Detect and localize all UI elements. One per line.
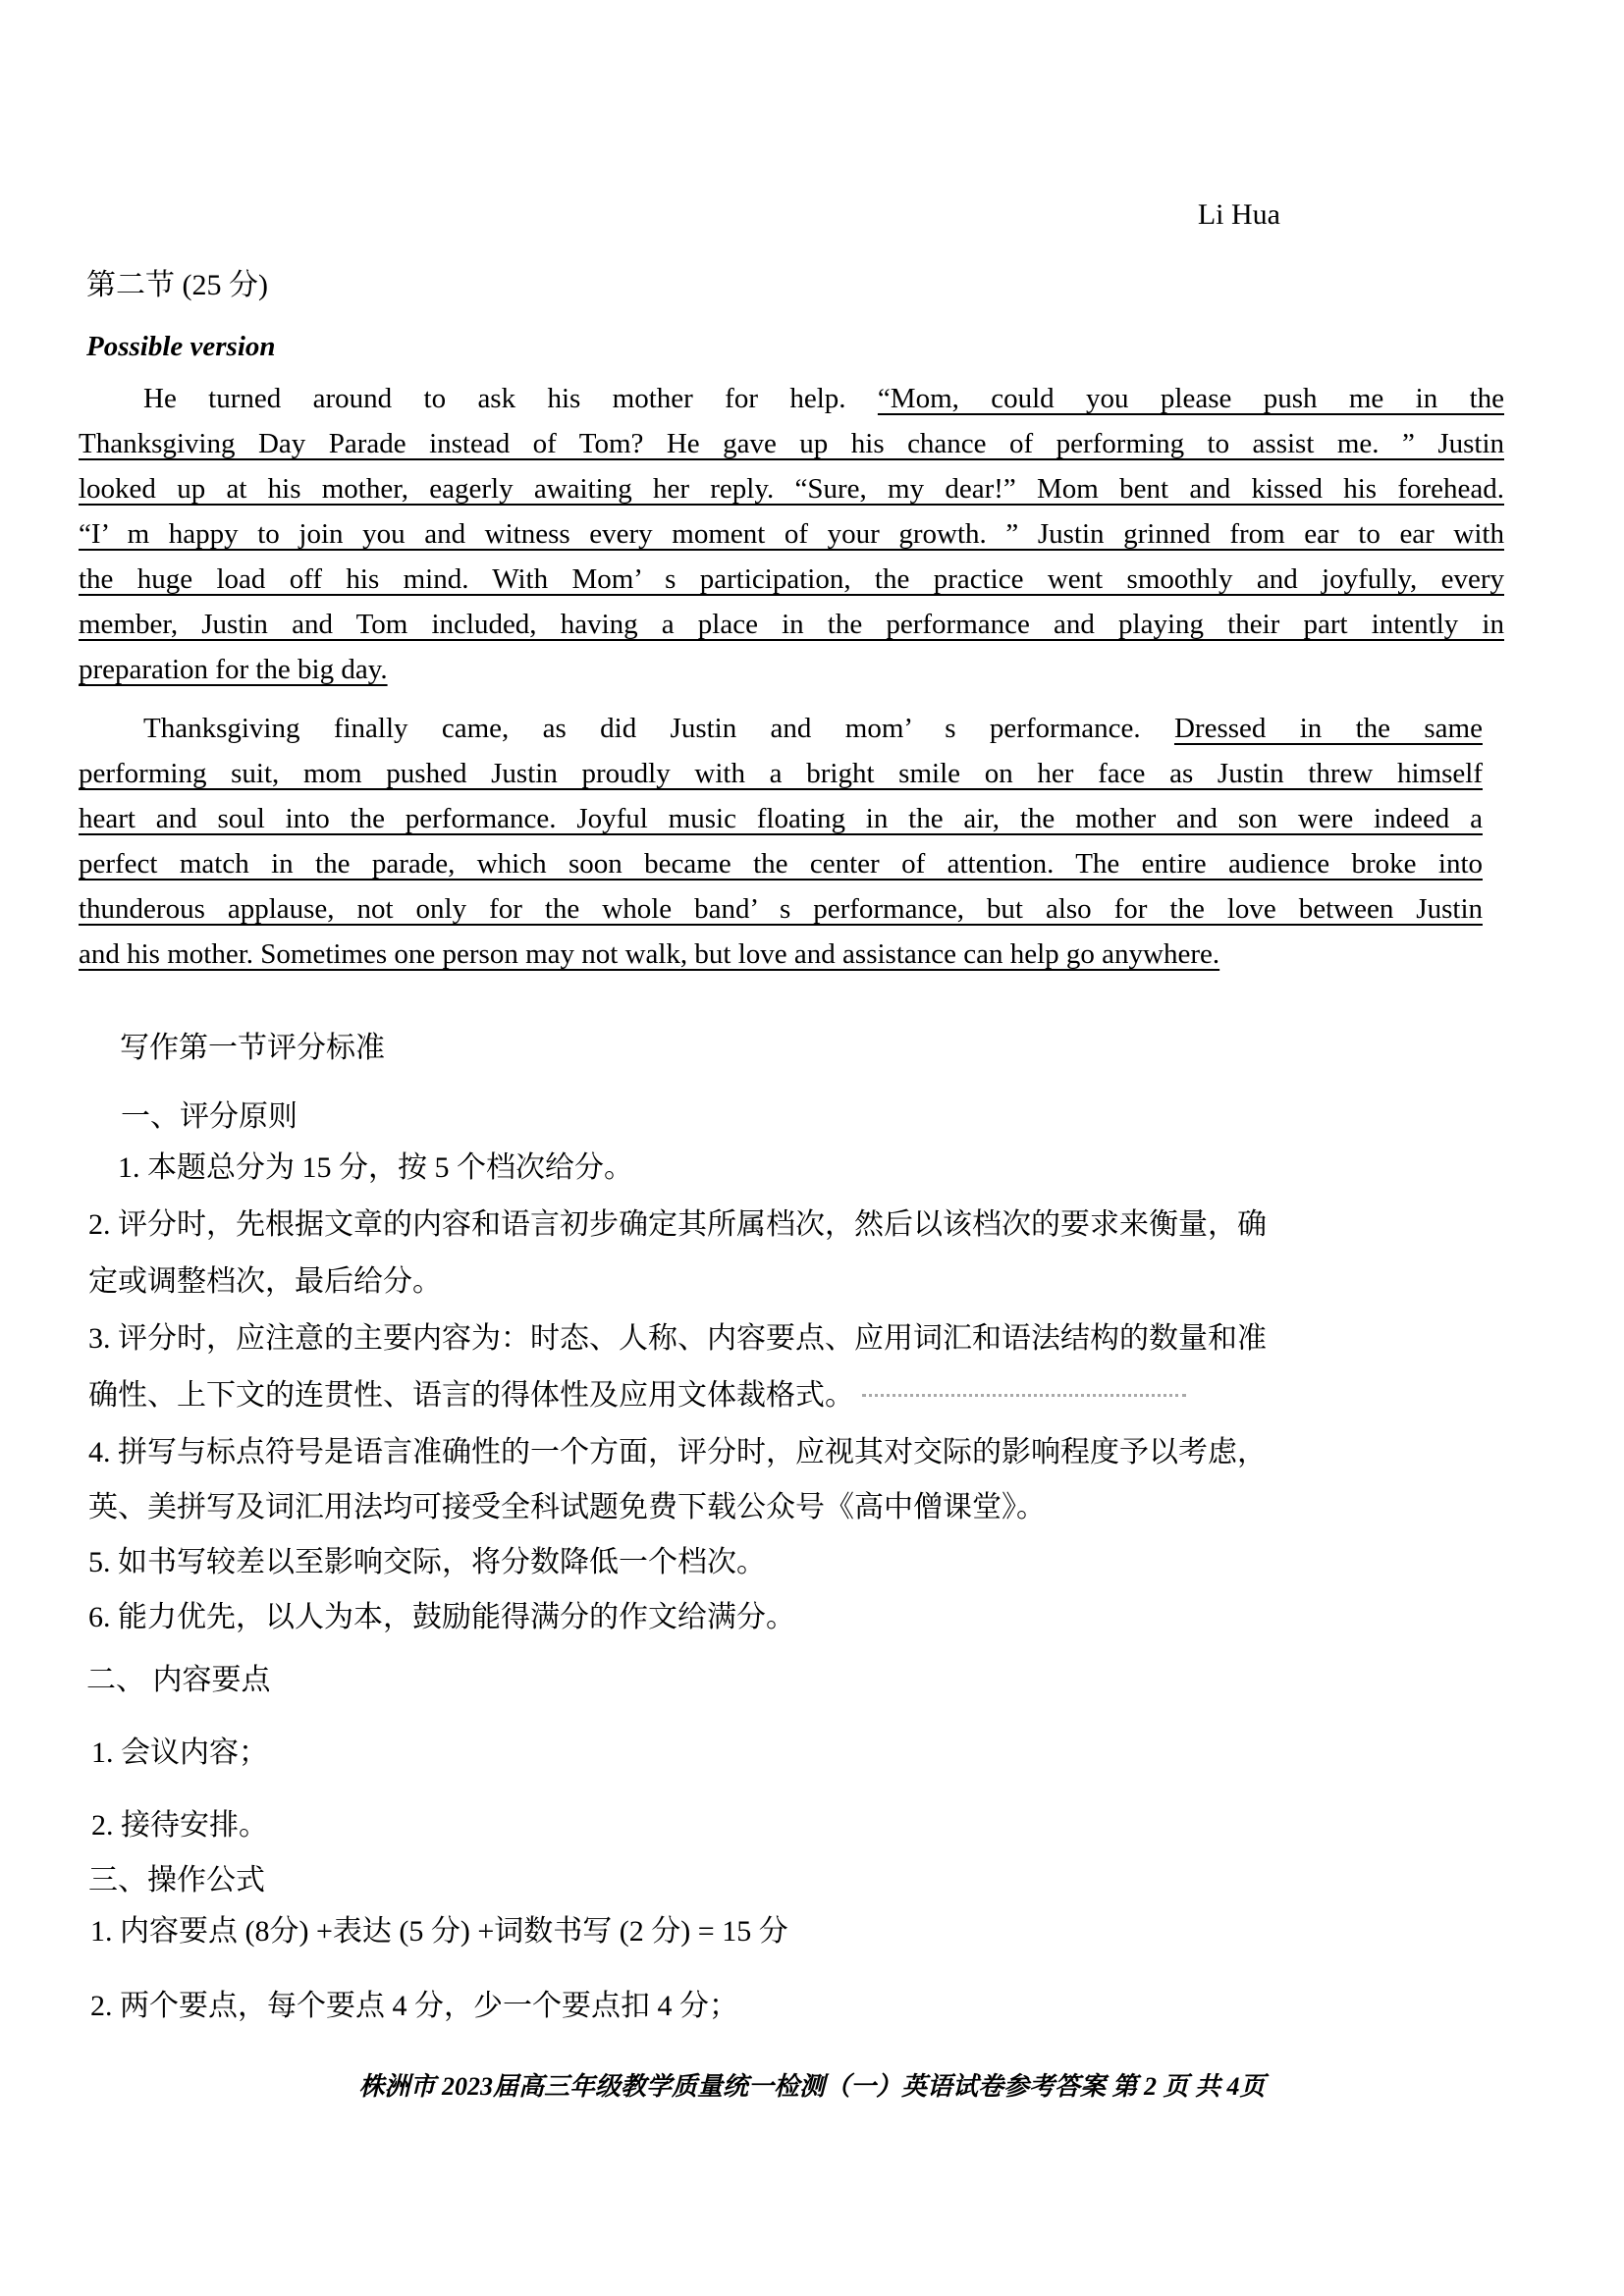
underlined-text: “I’ m happy to join you and witness ever… [79,518,1504,550]
principle-4-line-1: 4. 拼写与标点符号是语言准确性的一个方面，评分时，应视其对交际的影响程度予以考… [88,1433,1624,1472]
principles-title: 一、评分原则 [121,1097,1624,1137]
formula-2: 2. 两个要点，每个要点 4 分，少一个要点扣 4 分； [90,1987,1624,2026]
plain-text: Thanksgiving finally came, as did Justin… [143,713,1174,744]
signature-li-hua: Li Hua [0,0,1624,238]
principle-6: 6. 能力优先，以人为本，鼓励能得满分的作文给满分。 [88,1598,1624,1637]
underlined-text: “Mom, could you please push me in the [878,383,1504,414]
essay-line: He turned around to ask his mother for h… [79,376,1504,421]
plain-text: He turned around to ask his mother for h… [143,383,878,414]
principle-1: 1. 本题总分为 15 分，按 5 个档次给分。 [118,1148,1624,1188]
underlined-text: heart and soul into the performance. Joy… [79,803,1483,834]
principle-3-text: 确性、上下文的连贯性、语言的得体性及应用文体裁格式。 [88,1379,854,1412]
principle-2-line-1: 2. 评分时，先根据文章的内容和语言初步确定其所属档次，然后以该档次的要求来衡量… [88,1205,1624,1245]
underlined-text: and his mother. Sometimes one person may… [79,938,1219,970]
content-point-2: 2. 接待安排。 [91,1806,1624,1845]
underlined-text: performing suit, mom pushed Justin proud… [79,758,1483,789]
essay-paragraph-2: Thanksgiving finally came, as did Justin… [79,706,1483,977]
essay-line: heart and soul into the performance. Joy… [79,796,1483,841]
underlined-text: preparation for the big day. [79,654,388,685]
essay-line: member, Justin and Tom included, having … [79,602,1504,647]
principle-5: 5. 如书写较差以至影响交际，将分数降低一个档次。 [88,1543,1624,1582]
underlined-text: Thanksgiving Day Parade instead of Tom? … [79,428,1504,459]
dotted-line [862,1393,1186,1397]
essay-line: the huge load off his mind. With Mom’ s … [79,557,1504,602]
essay-line: and his mother. Sometimes one person may… [79,932,1483,977]
underlined-text: Dressed in the same [1174,713,1483,744]
essay-line: Thanksgiving finally came, as did Justin… [79,706,1483,751]
content-point-1: 1. 会议内容； [91,1734,1624,1773]
underlined-text: thunderous applause, not only for the wh… [79,893,1483,925]
page-footer: 株洲市 2023届高三年级教学质量统一检测（一）英语试卷参考答案 第 2 页 共… [0,2069,1624,2105]
underlined-text: looked up at his mother, eagerly awaitin… [79,473,1504,505]
underlined-text: member, Justin and Tom included, having … [79,609,1504,640]
principle-3-line-1: 3. 评分时，应注意的主要内容为：时态、人称、内容要点、应用词汇和语法结构的数量… [88,1319,1624,1359]
essay-line: thunderous applause, not only for the wh… [79,886,1483,932]
section-title: 第二节 (25 分) [86,263,1624,308]
essay-line: Thanksgiving Day Parade instead of Tom? … [79,421,1504,466]
essay-line: perfect match in the parade, which soon … [79,841,1483,886]
essay-line: performing suit, mom pushed Justin proud… [79,751,1483,796]
formula-title: 三、操作公式 [88,1861,1624,1900]
formula-1: 1. 内容要点 (8分) +表达 (5 分) +词数书写 (2 分) = 15 … [90,1912,1624,1951]
principle-4-line-2: 英、美拼写及词汇用法均可接受全科试题免费下载公众号《高中僧课堂》。 [88,1488,1624,1527]
essay-line: “I’ m happy to join you and witness ever… [79,511,1504,557]
principle-3-line-2: 确性、上下文的连贯性、语言的得体性及应用文体裁格式。 [88,1376,1624,1415]
essay-paragraph-1: He turned around to ask his mother for h… [79,376,1504,692]
essay-line: preparation for the big day. [79,647,1504,692]
underlined-text: perfect match in the parade, which soon … [79,848,1483,880]
content-points-title: 二、 内容要点 [86,1661,1624,1700]
underlined-text: the huge load off his mind. With Mom’ s … [79,563,1504,595]
possible-version-label: Possible version [86,324,1624,369]
principle-2-line-2: 定或调整档次，最后给分。 [88,1262,1624,1302]
scoring-heading: 写作第一节评分标准 [120,1029,1624,1068]
document-page: Li Hua 第二节 (25 分) Possible version He tu… [0,0,1624,2296]
essay-line: looked up at his mother, eagerly awaitin… [79,466,1504,511]
